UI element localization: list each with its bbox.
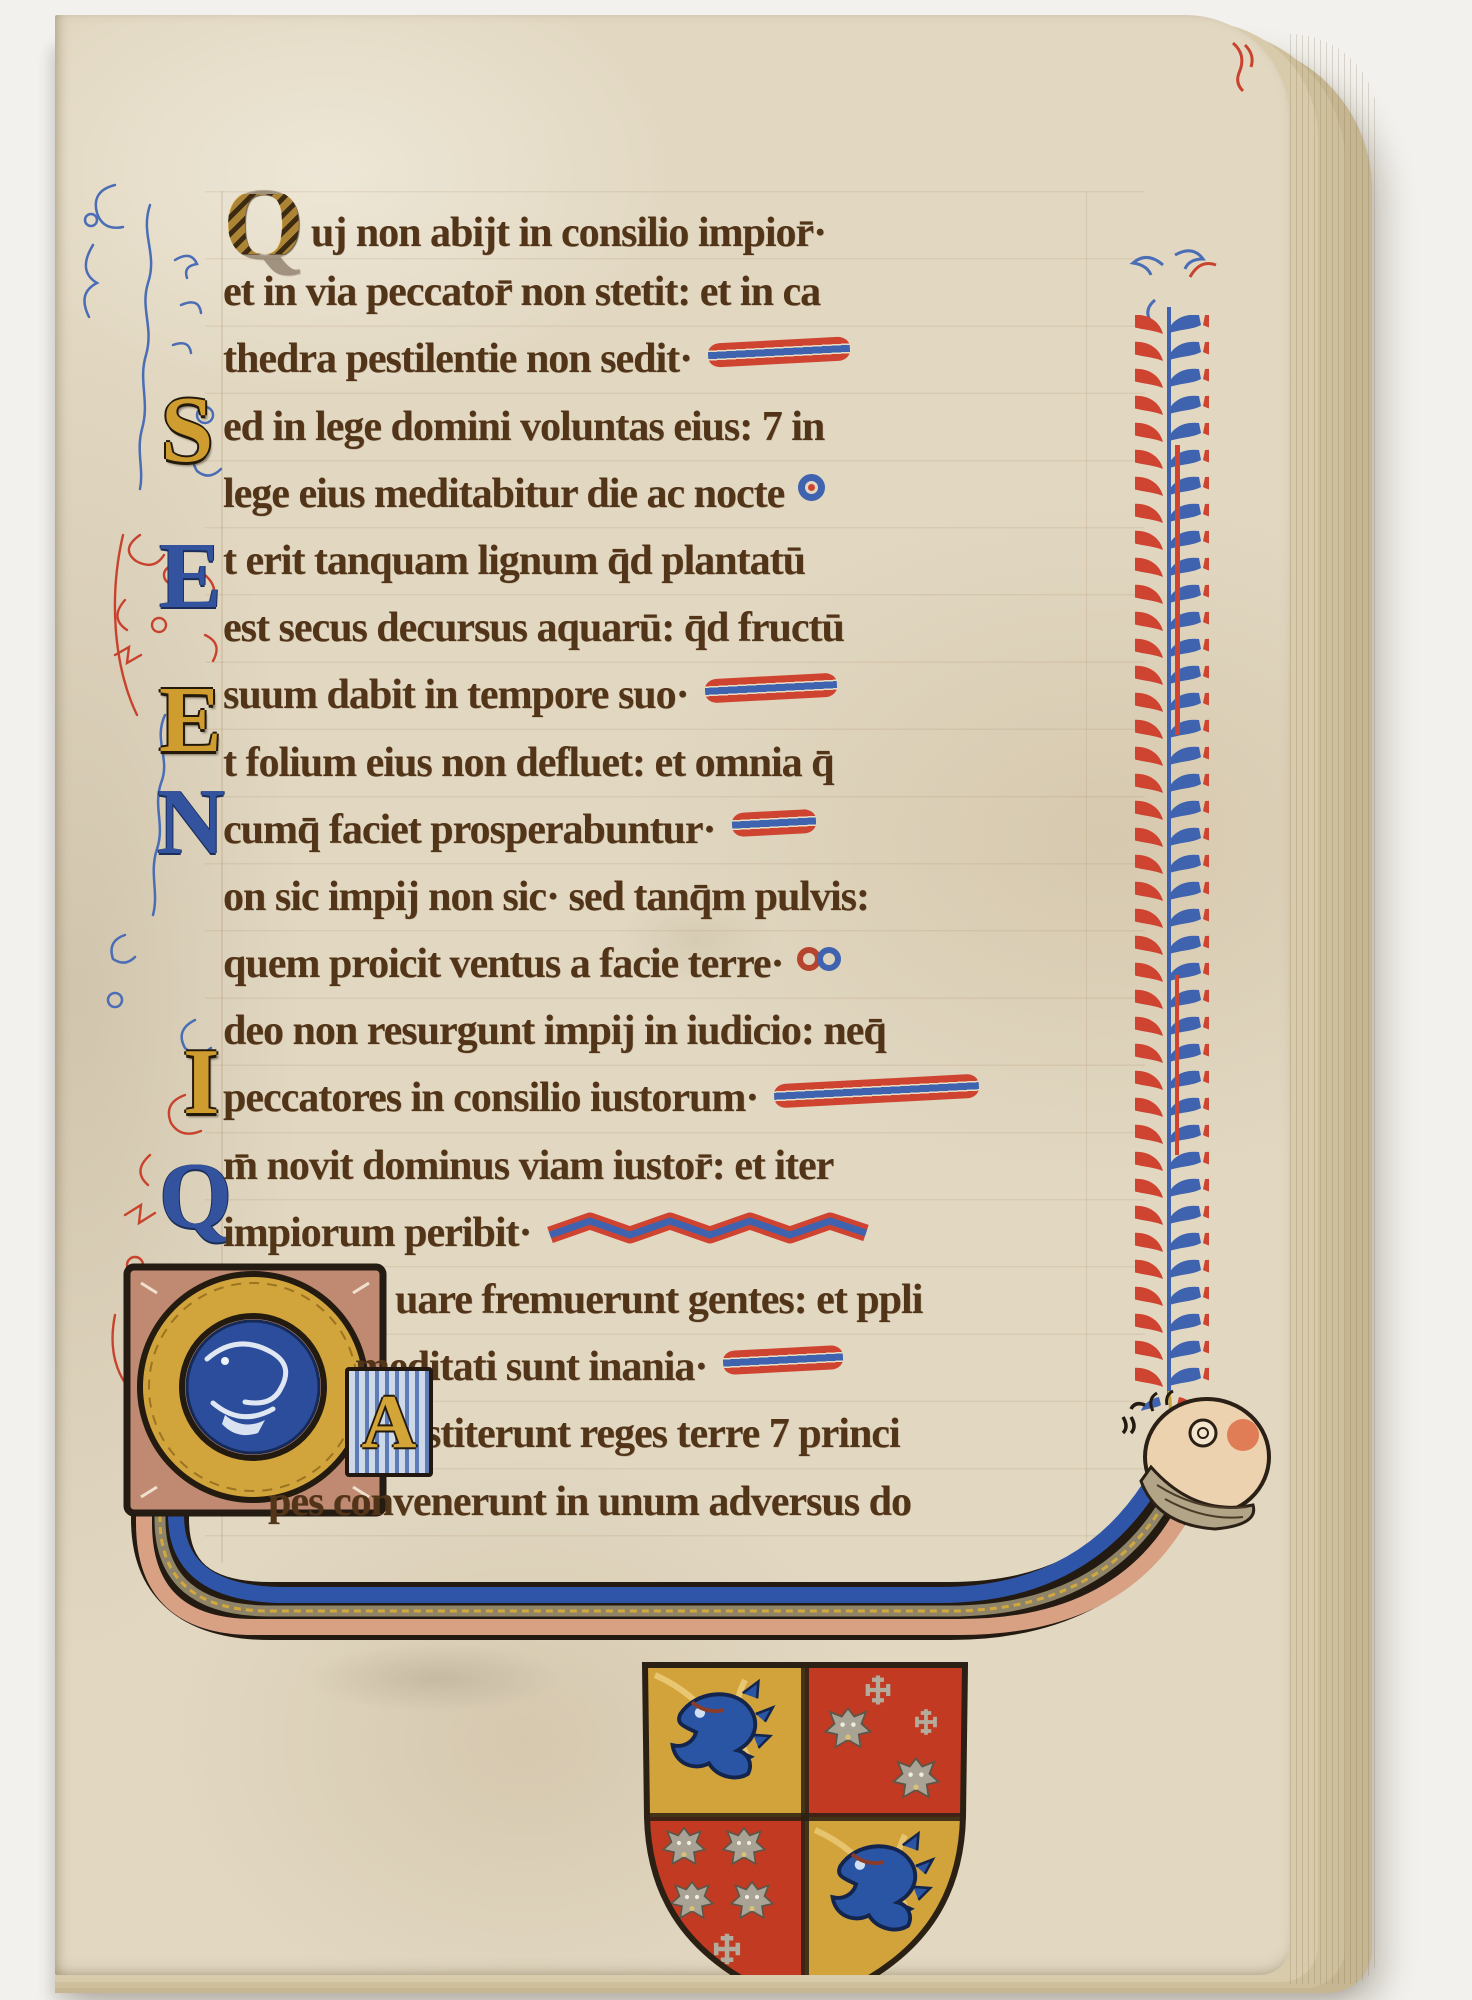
line-text: uj non abijt in consilio impior̄· (311, 210, 826, 256)
versal-initial-n: N (157, 775, 225, 869)
line-text: quem proicit ventus a facie terre· (223, 941, 783, 987)
text-line: cumq̄ faciet prosperabuntur· (223, 799, 1163, 866)
text-line: on sic impij non sic· sed tanq̄m pulvis: (223, 866, 1163, 933)
line-filler-icon (774, 1074, 980, 1109)
coat-of-arms-shield (645, 1665, 965, 1975)
text-line: peccatores in consilio iustorum· (223, 1067, 1163, 1134)
text-line: pes convenerunt in unum adversus do (223, 1471, 1163, 1538)
inline-initial-q: Q (223, 194, 303, 254)
line-text: pes convenerunt in unum adversus do (268, 1479, 911, 1525)
zigzag-filler-icon (544, 1212, 874, 1244)
versal-initial-q: Q (159, 1149, 232, 1243)
line-text: et in via peccator̄ non stetit: et in ca (223, 269, 820, 315)
line-filler-icon (708, 337, 851, 368)
line-text: t folium eius non defluet: et omnia q̄ (223, 740, 834, 786)
manuscript-photo: S E E N I Q Q A Quj non abijt in consili… (0, 0, 1472, 2000)
text-line: t folium eius non defluet: et omnia q̄ (223, 732, 1163, 799)
line-text: peccatores in consilio iustorum· (223, 1075, 758, 1121)
line-text: thedra pestilentie non sedit· (223, 336, 692, 382)
line-text: suum dabit in tempore suo· (223, 672, 689, 718)
ring-ornament-icon (798, 474, 825, 501)
line-text: uare fremuerunt gentes: et ppli (395, 1277, 922, 1323)
text-block: Quj non abijt in consilio impior̄· et in… (223, 194, 1163, 1538)
versal-initial-e: E (159, 529, 222, 623)
text-line: deo non resurgunt impij in iudicio: neq̄ (223, 1000, 1163, 1067)
text-line: ed in lege domini voluntas eius: 7 in (223, 396, 1163, 463)
manuscript-page: S E E N I Q Q A Quj non abijt in consili… (55, 15, 1290, 1975)
versal-initial-s: S (161, 383, 213, 477)
ring-ornament-icon (817, 947, 841, 971)
text-line: Quj non abijt in consilio impior̄· (223, 194, 1163, 261)
line-filler-icon (723, 1345, 844, 1375)
versal-initial-e: E (159, 673, 222, 767)
line-text: t erit tanquam lignum q̄d plantatū (223, 538, 805, 584)
line-filler-icon (731, 809, 816, 837)
fore-edge-texture (1290, 34, 1378, 1984)
text-line: quem proicit ventus a facie terre· (223, 933, 1163, 1000)
line-text: m̄ novit dominus viam iustor̄: et iter (223, 1143, 833, 1189)
line-text: est secus decursus aquarū: q̄d fructū (223, 605, 844, 651)
line-text: impiorum peribit· (223, 1210, 532, 1256)
line-text: stiterunt reges terre 7 princi (425, 1411, 900, 1457)
text-line: uare fremuerunt gentes: et ppli (223, 1269, 1163, 1336)
text-line: lege eius meditabitur die ac nocte (223, 463, 1163, 530)
versal-initial-a: A (345, 1367, 433, 1477)
text-line: t erit tanquam lignum q̄d plantatū (223, 530, 1163, 597)
text-line: et in via peccator̄ non stetit: et in ca (223, 261, 1163, 328)
versal-initial-i: I (183, 1035, 220, 1129)
text-line: suum dabit in tempore suo· (223, 664, 1163, 731)
line-text: on sic impij non sic· sed tanq̄m pulvis: (223, 874, 869, 920)
text-line: m̄ novit dominus viam iustor̄: et iter (223, 1135, 1163, 1202)
line-filler-icon (704, 673, 837, 704)
line-text: deo non resurgunt impij in iudicio: neq̄ (223, 1008, 886, 1054)
text-line: est secus decursus aquarū: q̄d fructū (223, 597, 1163, 664)
line-text: lege eius meditabitur die ac nocte (223, 471, 784, 517)
line-text: cumq̄ faciet prosperabuntur· (223, 807, 716, 853)
text-line: impiorum peribit· (223, 1202, 1163, 1269)
line-text: ed in lege domini voluntas eius: 7 in (223, 404, 824, 450)
text-line: thedra pestilentie non sedit· (223, 328, 1163, 395)
